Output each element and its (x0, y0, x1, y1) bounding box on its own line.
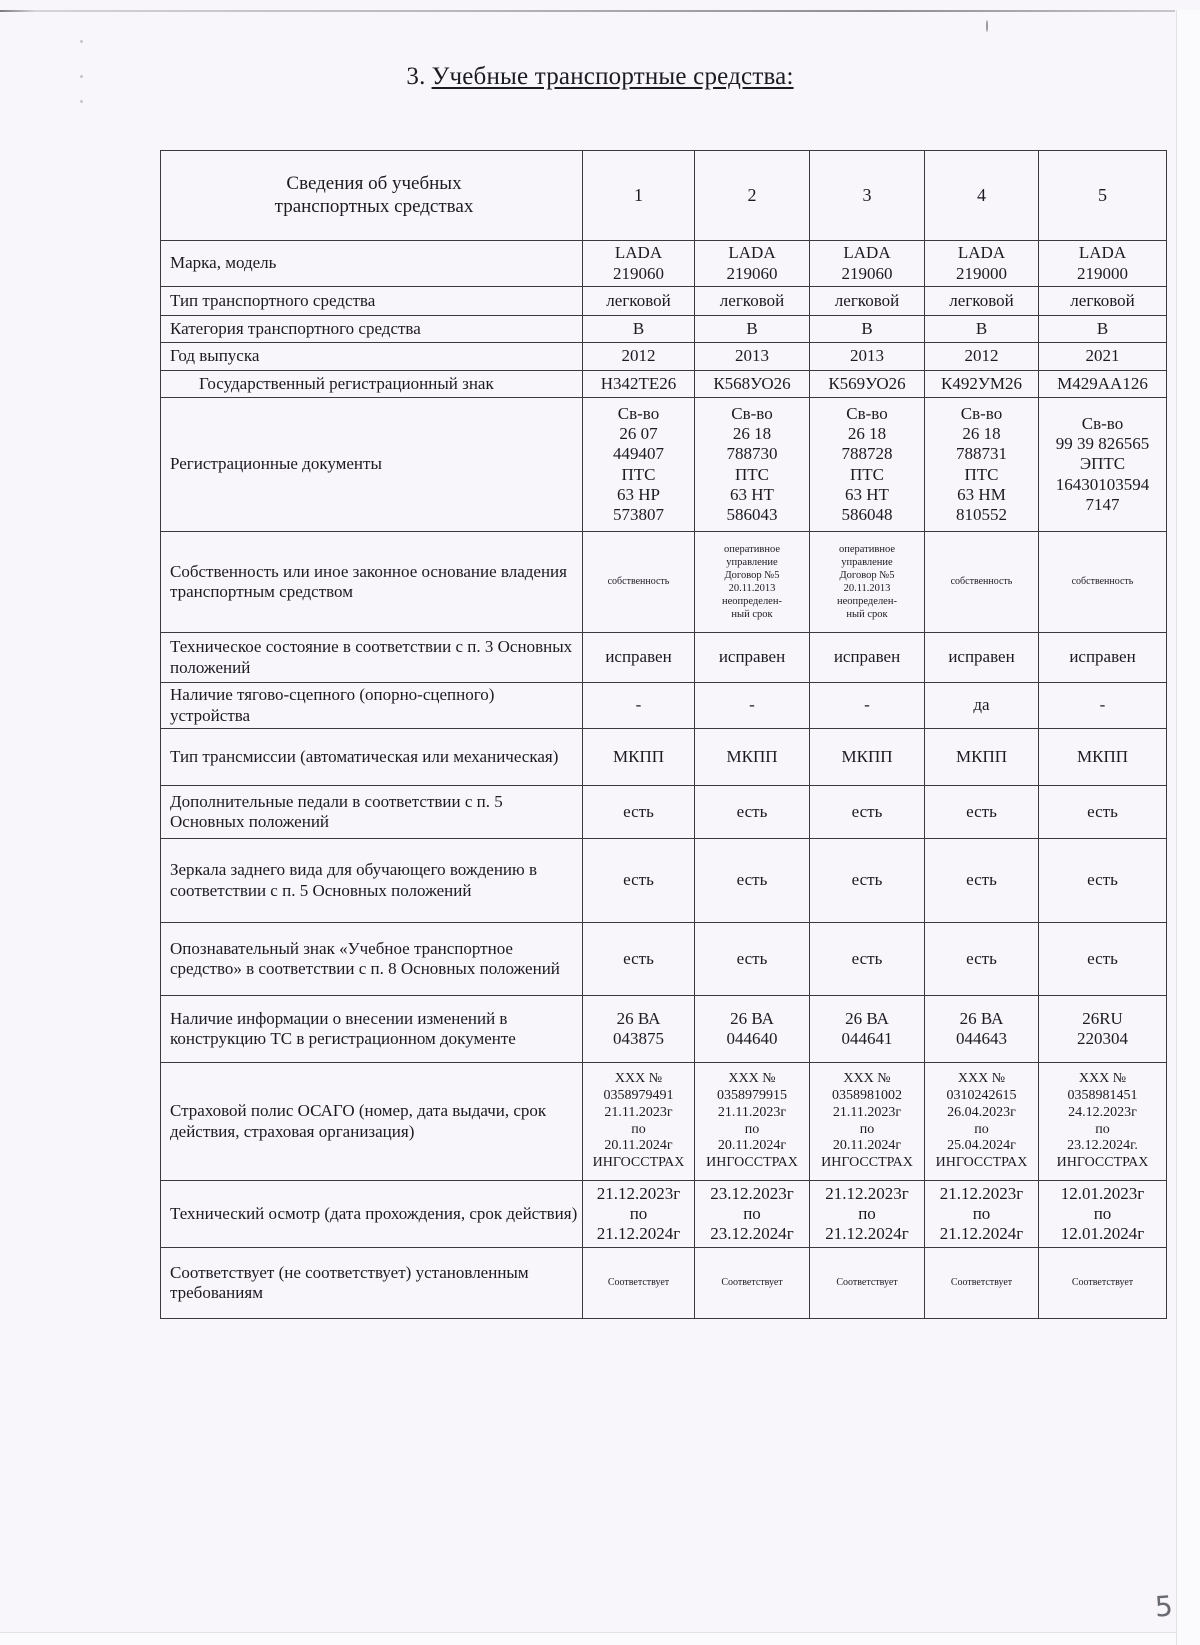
cell-vehicle-3: оперативное управление Договор №5 20.11.… (810, 532, 925, 633)
cell-vehicle-5: исправен (1039, 633, 1167, 683)
cell-vehicle-4: ХХХ № 0310242615 26.04.2023г по 25.04.20… (925, 1063, 1039, 1181)
vehicles-table: Сведения об учебных транспортных средств… (160, 150, 1167, 1319)
cell-vehicle-1: Соответствует (583, 1248, 695, 1319)
section-heading: 3.Учебные транспортные средства: (0, 63, 1200, 91)
header-col-2: 2 (695, 151, 810, 241)
scan-edge-bottom (0, 1632, 1176, 1645)
cell-vehicle-4: собственность (925, 532, 1039, 633)
row-label: Регистрационные документы (161, 398, 583, 532)
table-row-training-sign: Опознавательный знак «Учебное транспортн… (161, 923, 1167, 996)
cell-vehicle-4: МКПП (925, 729, 1039, 786)
row-label: Государственный регистрационный знак (161, 371, 583, 398)
row-label: Тип транспортного средства (161, 287, 583, 316)
cell-vehicle-3: есть (810, 923, 925, 996)
row-label: Зеркала заднего вида для обучающего вожд… (161, 839, 583, 923)
scan-mark (986, 20, 988, 32)
cell-vehicle-1: Св-во 26 07 449407 ПТС 63 НР 573807 (583, 398, 695, 532)
cell-vehicle-3: Соответствует (810, 1248, 925, 1319)
cell-vehicle-5: Соответствует (1039, 1248, 1167, 1319)
cell-vehicle-3: есть (810, 786, 925, 839)
table-row-rear-view-mirrors: Зеркала заднего вида для обучающего вожд… (161, 839, 1167, 923)
row-label: Наличие тягово-сцепного (опорно-сцепного… (161, 683, 583, 729)
cell-vehicle-1: есть (583, 786, 695, 839)
cell-vehicle-5: 2021 (1039, 343, 1167, 371)
cell-vehicle-2: 2013 (695, 343, 810, 371)
row-label: Год выпуска (161, 343, 583, 371)
header-label-text: Сведения об учебных транспортных средств… (244, 173, 504, 218)
cell-vehicle-2: К568УО26 (695, 371, 810, 398)
cell-vehicle-5: есть (1039, 786, 1167, 839)
cell-vehicle-5: есть (1039, 839, 1167, 923)
cell-vehicle-3: ХХХ № 0358981002 21.11.2023г по 20.11.20… (810, 1063, 925, 1181)
table-row-registration-documents: Регистрационные документыСв-во 26 07 449… (161, 398, 1167, 532)
cell-vehicle-3: 26 ВА 044641 (810, 996, 925, 1063)
table-row-design-changes-info: Наличие информации о внесении изменений … (161, 996, 1167, 1063)
cell-vehicle-1: ХХХ № 0358979491 21.11.2023г по 20.11.20… (583, 1063, 695, 1181)
cell-vehicle-4: 2012 (925, 343, 1039, 371)
cell-vehicle-2: оперативное управление Договор №5 20.11.… (695, 532, 810, 633)
cell-vehicle-5: B (1039, 316, 1167, 343)
cell-vehicle-1: исправен (583, 633, 695, 683)
table-row-brand-model: Марка, модельLADA 219060LADA 219060LADA … (161, 241, 1167, 287)
cell-vehicle-2: Соответствует (695, 1248, 810, 1319)
scan-speck (80, 100, 83, 103)
cell-vehicle-4: есть (925, 839, 1039, 923)
cell-vehicle-1: есть (583, 839, 695, 923)
cell-vehicle-1: LADA 219060 (583, 241, 695, 287)
row-label: Собственность или иное законное основани… (161, 532, 583, 633)
cell-vehicle-3: есть (810, 839, 925, 923)
cell-vehicle-2: МКПП (695, 729, 810, 786)
cell-vehicle-1: - (583, 683, 695, 729)
table-row-transmission-type: Тип трансмиссии (автоматическая или меха… (161, 729, 1167, 786)
cell-vehicle-4: Св-во 26 18 788731 ПТС 63 НМ 810552 (925, 398, 1039, 532)
cell-vehicle-4: есть (925, 786, 1039, 839)
row-label: Марка, модель (161, 241, 583, 287)
page-number: 5 (1154, 1589, 1174, 1623)
cell-vehicle-2: есть (695, 786, 810, 839)
cell-vehicle-1: 26 ВА 043875 (583, 996, 695, 1063)
cell-vehicle-3: Св-во 26 18 788728 ПТС 63 НТ 586048 (810, 398, 925, 532)
scan-edge-top (0, 10, 1175, 12)
cell-vehicle-5: М429АА126 (1039, 371, 1167, 398)
cell-vehicle-1: 21.12.2023г по 21.12.2024г (583, 1181, 695, 1248)
table-row-technical-condition: Техническое состояние в соответствии с п… (161, 633, 1167, 683)
cell-vehicle-3: 21.12.2023г по 21.12.2024г (810, 1181, 925, 1248)
cell-vehicle-2: 26 ВА 044640 (695, 996, 810, 1063)
cell-vehicle-4: LADA 219000 (925, 241, 1039, 287)
row-label: Дополнительные педали в соответствии с п… (161, 786, 583, 839)
cell-vehicle-5: 12.01.2023г по 12.01.2024г (1039, 1181, 1167, 1248)
row-label: Соответствует (не соответствует) установ… (161, 1248, 583, 1319)
cell-vehicle-2: Св-во 26 18 788730 ПТС 63 НТ 586043 (695, 398, 810, 532)
table-row-vehicle-category: Категория транспортного средстваBBBBB (161, 316, 1167, 343)
header-col-5: 5 (1039, 151, 1167, 241)
row-label: Страховой полис ОСАГО (номер, дата выдач… (161, 1063, 583, 1181)
cell-vehicle-1: легковой (583, 287, 695, 316)
cell-vehicle-3: B (810, 316, 925, 343)
cell-vehicle-5: ХХХ № 0358981451 24.12.2023г по 23.12.20… (1039, 1063, 1167, 1181)
cell-vehicle-3: - (810, 683, 925, 729)
header-col-1: 1 (583, 151, 695, 241)
table-row-production-year: Год выпуска20122013201320122021 (161, 343, 1167, 371)
row-label: Техническое состояние в соответствии с п… (161, 633, 583, 683)
cell-vehicle-3: 2013 (810, 343, 925, 371)
cell-vehicle-3: исправен (810, 633, 925, 683)
row-label: Тип трансмиссии (автоматическая или меха… (161, 729, 583, 786)
cell-vehicle-2: исправен (695, 633, 810, 683)
header-col-3: 3 (810, 151, 925, 241)
scan-speck (80, 40, 83, 43)
section-title: Учебные транспортные средства: (432, 63, 794, 90)
cell-vehicle-4: Соответствует (925, 1248, 1039, 1319)
cell-vehicle-2: 23.12.2023г по 23.12.2024г (695, 1181, 810, 1248)
cell-vehicle-5: МКПП (1039, 729, 1167, 786)
cell-vehicle-5: Св-во 99 39 826565 ЭПТС 16430103594 7147 (1039, 398, 1167, 532)
cell-vehicle-5: легковой (1039, 287, 1167, 316)
cell-vehicle-3: легковой (810, 287, 925, 316)
table-row-ownership-basis: Собственность или иное законное основани… (161, 532, 1167, 633)
cell-vehicle-4: К492УМ26 (925, 371, 1039, 398)
cell-vehicle-4: есть (925, 923, 1039, 996)
cell-vehicle-1: 2012 (583, 343, 695, 371)
row-label: Опознавательный знак «Учебное транспортн… (161, 923, 583, 996)
cell-vehicle-1: есть (583, 923, 695, 996)
header-label: Сведения об учебных транспортных средств… (161, 151, 583, 241)
table-row-extra-pedals: Дополнительные педали в соответствии с п… (161, 786, 1167, 839)
cell-vehicle-5: - (1039, 683, 1167, 729)
cell-vehicle-3: LADA 219060 (810, 241, 925, 287)
cell-vehicle-2: - (695, 683, 810, 729)
table-row-osago-insurance: Страховой полис ОСАГО (номер, дата выдач… (161, 1063, 1167, 1181)
table-row-compliance: Соответствует (не соответствует) установ… (161, 1248, 1167, 1319)
header-col-4: 4 (925, 151, 1039, 241)
table-row-registration-plate: Государственный регистрационный знакН342… (161, 371, 1167, 398)
cell-vehicle-4: да (925, 683, 1039, 729)
cell-vehicle-2: ХХХ № 0358979915 21.11.2023г по 20.11.20… (695, 1063, 810, 1181)
cell-vehicle-5: есть (1039, 923, 1167, 996)
row-label: Технический осмотр (дата прохождения, ср… (161, 1181, 583, 1248)
cell-vehicle-2: есть (695, 839, 810, 923)
cell-vehicle-2: LADA 219060 (695, 241, 810, 287)
cell-vehicle-5: LADA 219000 (1039, 241, 1167, 287)
cell-vehicle-2: B (695, 316, 810, 343)
cell-vehicle-1: МКПП (583, 729, 695, 786)
cell-vehicle-4: B (925, 316, 1039, 343)
cell-vehicle-4: 26 ВА 044643 (925, 996, 1039, 1063)
cell-vehicle-3: К569УО26 (810, 371, 925, 398)
scan-edge-right (1176, 10, 1200, 1645)
table-header-row: Сведения об учебных транспортных средств… (161, 151, 1167, 241)
cell-vehicle-5: 26RU 220304 (1039, 996, 1167, 1063)
row-label: Наличие информации о внесении изменений … (161, 996, 583, 1063)
cell-vehicle-4: легковой (925, 287, 1039, 316)
table-row-technical-inspection: Технический осмотр (дата прохождения, ср… (161, 1181, 1167, 1248)
cell-vehicle-4: 21.12.2023г по 21.12.2024г (925, 1181, 1039, 1248)
section-number: 3. (406, 63, 425, 90)
cell-vehicle-1: B (583, 316, 695, 343)
cell-vehicle-2: легковой (695, 287, 810, 316)
table-row-vehicle-type: Тип транспортного средствалегковойлегков… (161, 287, 1167, 316)
row-label: Категория транспортного средства (161, 316, 583, 343)
cell-vehicle-5: собственность (1039, 532, 1167, 633)
cell-vehicle-3: МКПП (810, 729, 925, 786)
table-row-towing-device: Наличие тягово-сцепного (опорно-сцепного… (161, 683, 1167, 729)
cell-vehicle-4: исправен (925, 633, 1039, 683)
cell-vehicle-2: есть (695, 923, 810, 996)
cell-vehicle-1: собственность (583, 532, 695, 633)
cell-vehicle-1: Н342ТЕ26 (583, 371, 695, 398)
